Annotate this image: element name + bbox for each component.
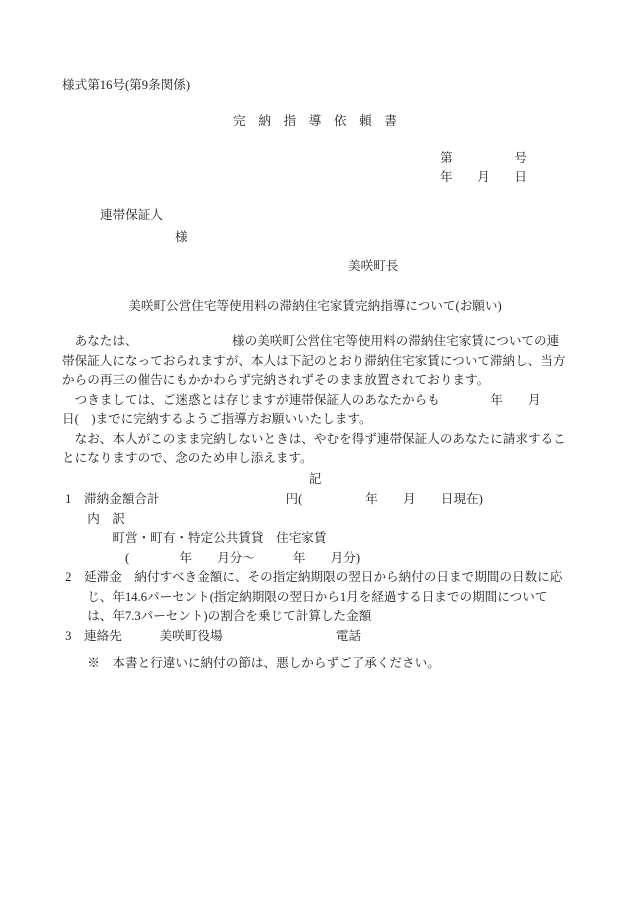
date-line: 年 月 日 — [440, 168, 527, 187]
document-title: 完 納 指 導 依 頼 書 — [0, 113, 630, 129]
document-page: 様式第16号(第9条関係) 完 納 指 導 依 頼 書 第 号 年 月 日 連帯… — [0, 0, 630, 903]
day-label: 日 — [514, 168, 527, 187]
subject-line: 美咲町公営住宅等使用料の滞納住宅家賃完納指導について(お願い) — [0, 298, 630, 314]
guarantor-label: 連帯保証人 — [100, 207, 163, 223]
record-items: 1 滞納金額合計 円( 年 月 日現在) 内 訳 町営・町有・特定公共賃貸 住宅… — [62, 490, 568, 646]
footnote: ※ 本書と行違いに納付の節は、悪しからずご了承ください。 — [62, 655, 440, 671]
body-line: 帯保証人になっておられますが、本人は下記のとおり滞納住宅家賃について滞納し、当方 — [62, 352, 568, 372]
doc-number-suffix: 号 — [514, 149, 527, 168]
month-label: 月 — [477, 168, 490, 187]
record-line-breakdown-label: 内 訳 — [62, 510, 568, 530]
doc-number-date-block: 第 号 年 月 日 — [440, 149, 527, 187]
body-line: なお、本人がこのまま完納しないときは、やむを得ず連帯保証人のあなたに請求するこ — [62, 430, 568, 450]
record-heading: 記 — [0, 471, 630, 487]
record-line-late-fee-3: は、年7.3パーセント)の割合を乗じて計算した金額 — [62, 607, 568, 627]
record-line-period-blank: ( 年 月分～ 年 月分) — [62, 549, 568, 569]
body-paragraphs: あなたは、 様の美咲町公営住宅等使用料の滞納住宅家賃についての連 帯保証人になっ… — [62, 332, 568, 469]
body-line: あなたは、 様の美咲町公営住宅等使用料の滞納住宅家賃についての連 — [62, 332, 568, 352]
sender-label: 美咲町長 — [348, 258, 398, 274]
body-line: からの再三の催告にもかかわらず完納されずそのまま放置されております。 — [62, 371, 568, 391]
honorific-label: 様 — [175, 229, 188, 245]
record-line-late-fee-2: じ、年14.6パーセント(指定納期限の翌日から1月を経過する日までの期間について — [62, 588, 568, 608]
form-number-label: 様式第16号(第9条関係) — [62, 77, 190, 93]
year-label: 年 — [440, 168, 453, 187]
record-line-arrears-total: 1 滞納金額合計 円( 年 月 日現在) — [62, 490, 568, 510]
doc-number-line: 第 号 — [440, 149, 527, 168]
record-line-housing-types: 町営・町有・特定公共賃貸 住宅家賃 — [62, 529, 568, 549]
body-line: 日( )までに完納するようご指導方お願いいたします。 — [62, 410, 568, 430]
doc-number-prefix: 第 — [440, 149, 453, 168]
record-line-late-fee-1: 2 延滞金 納付すべき金額に、その指定納期限の翌日から納付の日まで期間の日数に応 — [62, 568, 568, 588]
record-line-contact: 3 連絡先 美咲町役場 電話 — [62, 627, 568, 647]
body-line: つきましては、ご迷惑とは存じますが連帯保証人のあなたからも 年 月 — [62, 391, 568, 411]
body-line: とになりますので、念のため申し添えます。 — [62, 449, 568, 469]
